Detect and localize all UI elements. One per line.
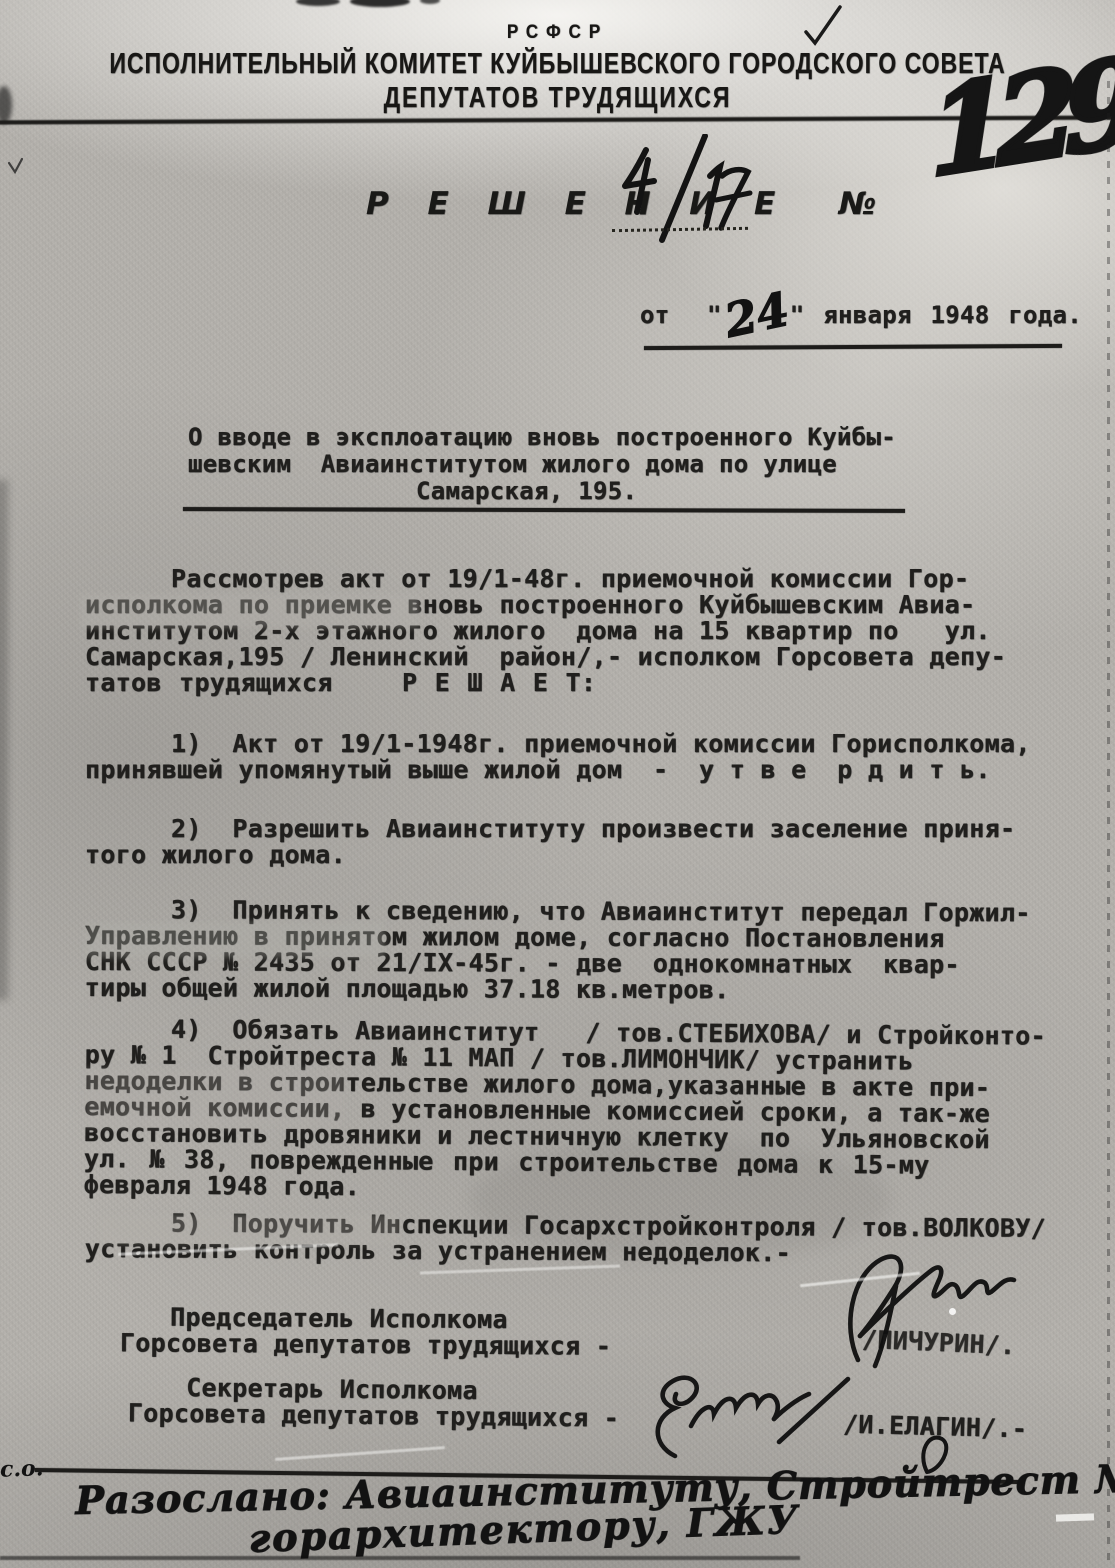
date-line: от " 24 " января 1948 года.	[640, 294, 1082, 328]
scratch-mark	[1056, 1513, 1094, 1521]
intro-line: Рассмотрев акт от 19/1-48г. приемочной к…	[85, 566, 1006, 592]
margin-tick-mark	[6, 156, 26, 176]
autograph-secretary	[643, 1346, 863, 1466]
letterhead-org-line1: ИСПОЛНИТЕЛЬНЫЙ КОМИТЕТ КУЙБЫШЕВСКОГО ГОР…	[109, 47, 1005, 81]
left-edge-shade	[0, 480, 8, 1000]
scan-edge-dashes	[1107, 80, 1110, 1560]
letterhead-org-line2: ДЕПУТАТОВ ТРУДЯЩИХСЯ	[384, 81, 732, 115]
top-edge-smudge	[420, 0, 440, 4]
intro-line: Самарская,195 / Ленинский район/,- испол…	[85, 644, 1006, 670]
subject-line: Самарская, 195.	[188, 478, 896, 505]
item-2-paragraph: 2) Разрешить Авиаинституту произвести за…	[85, 816, 1015, 868]
top-edge-smudge	[296, 0, 340, 6]
intro-paragraph: Рассмотрев акт от 19/1-48г. приемочной к…	[85, 566, 1006, 696]
letterhead-country: РСФСР	[507, 21, 608, 44]
intro-line: исполкома по приемке вновь построенного …	[85, 592, 1006, 618]
signature-role-secretary: Секретарь Исполкома Горсовета депутатов …	[128, 1374, 620, 1431]
date-underline	[644, 344, 1062, 350]
signature-role-chairman: Председатель Исполкома Горсовета депутат…	[120, 1304, 612, 1359]
item-4-paragraph: 4) Обязать Авиаинститут / тов.СТЕБИХОВА/…	[84, 1016, 1046, 1206]
signature-role-line: Горсовета депутатов трудящихся -	[120, 1330, 611, 1359]
page-number-handwritten: 129	[927, 42, 1115, 195]
item-line: того жилого дома.	[85, 842, 1015, 868]
date-day-handwritten: 24	[722, 292, 792, 339]
scratch-mark	[275, 1446, 445, 1461]
bottom-edge-shadow	[0, 1556, 800, 1560]
subject-block: О вводе в эксплоатацию вновь построенног…	[188, 424, 896, 505]
intro-line: татов трудящихся Р Е Ш А Е Т:	[85, 670, 1006, 696]
item-line: тиры общей жилой площадью 37.18 кв.метро…	[85, 975, 1031, 1004]
subject-line: шевским Авиаинститутом жилого дома по ул…	[188, 451, 896, 478]
letterhead-country-row: РСФСР	[0, 22, 1115, 42]
subject-line: О вводе в эксплоатацию вновь построенног…	[188, 424, 896, 451]
date-prefix: от "	[640, 302, 722, 328]
item-line: 1) Акт от 19/1-1948г. приемочной комисси…	[85, 731, 1031, 757]
item-3-paragraph: 3) Принять к сведению, что Авиаинститут …	[85, 897, 1031, 1004]
intro-line: институтом 2-х этажного жилого дома на 1…	[85, 618, 1006, 644]
date-suffix: " января 1948 года.	[790, 302, 1082, 328]
item-line: принявшей упомянутый выше жилой дом - у …	[85, 757, 1031, 783]
item-1-paragraph: 1) Акт от 19/1-1948г. приемочной комисси…	[85, 731, 1031, 783]
subject-underline	[183, 507, 905, 512]
signature-role-line: Горсовета депутатов трудящихся -	[128, 1400, 619, 1431]
item-line: 2) Разрешить Авиаинституту произвести за…	[85, 816, 1015, 842]
top-edge-smudge	[350, 0, 410, 7]
scanned-decree-page: РСФСР ИСПОЛНИТЕЛЬНЫЙ КОМИТЕТ КУЙБЫШЕВСКО…	[0, 0, 1115, 1568]
